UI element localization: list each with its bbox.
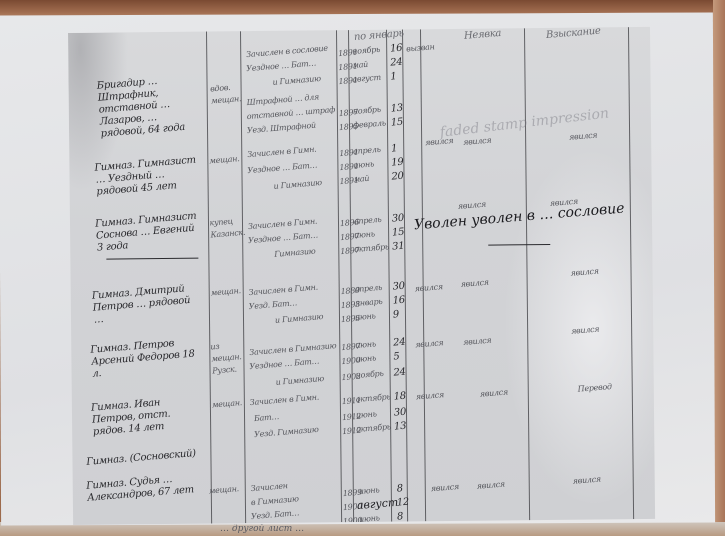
row-4-edu-1: Зачислен в Гимн.: [248, 282, 318, 300]
row-5-day-3: 24: [393, 367, 406, 380]
row-2-name: Гимназ. Гимназист … Уездный … рядовой 45…: [94, 154, 203, 198]
row-5-day-1: 24: [393, 337, 406, 350]
row-4-day-1: 30: [392, 281, 405, 294]
row-3-day-3: 31: [392, 241, 405, 254]
row-6-mark-1: явился: [415, 389, 444, 403]
row-4-month-3: июнь: [355, 310, 377, 324]
row-4-edu-2: Уезд. Бат…: [248, 297, 297, 313]
row-2-mark-3: явился: [569, 130, 598, 144]
row-8-name: Гимназ. Судья … Александров, 67 лет: [86, 471, 206, 504]
row-8-status: мещан.: [208, 483, 239, 497]
row-5-mark-3: явился: [571, 324, 600, 338]
row-2-month-1: апрель: [353, 144, 381, 158]
column-rule-education: [336, 30, 342, 522]
row-3-name: Гимназ. Гимназист Соснова … Евгений 3 го…: [95, 210, 204, 254]
row-1-month-1: ноябрь: [352, 44, 381, 58]
row-3-mark-1: явился: [457, 199, 486, 213]
row-3-day-1: 30: [391, 213, 404, 226]
row-8-month-2: август: [356, 495, 399, 514]
row-3-edu-3: Гимназию: [274, 246, 316, 261]
row-5-month-2: июнь: [355, 352, 377, 366]
row-5-month-1: июнь: [355, 338, 377, 352]
row-2-day-1: 1: [391, 143, 398, 155]
register-page: по январь Неявка Взыскание Бригадир … Шт…: [68, 27, 655, 525]
row-1-month-4: ноябрь: [352, 104, 381, 118]
row-8-mark-3: явился: [572, 473, 601, 487]
row-1-edu-1: Зачислен в сословие: [246, 43, 328, 62]
row-2-edu-1: Зачислен в Гимн.: [247, 144, 317, 162]
row-6-status: мещан.: [211, 397, 242, 411]
row-3-month-1: апрель: [354, 214, 382, 228]
row-4-status: мещан.: [210, 285, 241, 299]
row-4-edu-3: и Гимназию: [275, 311, 324, 327]
row-6-day-2: 30: [394, 407, 407, 420]
header-notes-2: Взыскание: [546, 27, 602, 42]
row-4-mark-1: явился: [414, 281, 443, 295]
row-6-mark-2: явился: [479, 386, 508, 400]
row-4-mark-3: явился: [570, 266, 599, 280]
row-8-day-2: 12: [396, 497, 409, 510]
row-2-status: мещан.: [209, 153, 240, 167]
row-5-mark-2: явился: [463, 335, 492, 349]
row-4-month-1: апрель: [354, 282, 382, 296]
row-5-mark-1: явился: [415, 337, 444, 351]
row-8-mark-1: явился: [430, 481, 459, 495]
row-4-day-2: 16: [392, 295, 405, 308]
underlying-sheet-text: … другой лист …: [220, 524, 304, 534]
row-3-status: купец Казанск.: [209, 215, 245, 242]
row-5-edu-1: Зачислен в Гимназию: [249, 340, 337, 359]
row-6-day-1: 18: [393, 391, 406, 404]
row-1-month-5: февраль: [353, 117, 387, 132]
column-rule-days: [402, 29, 408, 521]
row-2-edu-3: и Гимназию: [273, 177, 322, 193]
row-1-day-1: 16: [390, 43, 403, 56]
column-rule-years: [348, 30, 354, 522]
row-1-status: вдов. мещан.: [210, 81, 244, 107]
row-3-month-3: октябрь: [354, 241, 390, 256]
row-4-day-3: 9: [392, 309, 399, 321]
row-8-day-1: 8: [396, 483, 403, 495]
row-1-edu-3: и Гимназию: [272, 73, 321, 89]
row-6-edu-2: Бат…: [254, 411, 280, 425]
row-4-month-2: январь: [354, 296, 383, 310]
row-5-edu-3: и Гимназию: [275, 373, 324, 389]
row-2-edu-2: Уездное … Бат…: [247, 160, 318, 178]
row-5-name: Гимназ. Петров Арсений Федоров 18 л.: [90, 336, 205, 381]
row-8-edu-3: Уезд. Бат…: [251, 507, 300, 523]
row-1-day-2: 24: [390, 57, 403, 70]
row-1-day-4: 13: [390, 103, 403, 116]
header-notes-1: Неявка: [464, 28, 502, 43]
row-5-day-2: 5: [393, 351, 400, 363]
row-7-name: Гимназ. (Сосновский): [86, 448, 196, 469]
row-2-month-3: май: [353, 173, 370, 186]
row-6-name: Гимназ. Иван Петров, отст. рядов. 14 лет: [91, 394, 206, 439]
row-3-day-2: 15: [392, 227, 405, 240]
row-1-mark-1: вызван: [406, 41, 435, 55]
row-1-day-3: 1: [390, 71, 397, 83]
row-8-mark-2: явился: [476, 479, 505, 493]
column-rule-mark1: [420, 29, 426, 521]
row-1-month-3: август: [352, 72, 381, 86]
row-3-underline: [106, 258, 198, 260]
row-8-edu-1: Зачислен: [250, 480, 288, 495]
row-2-month-2: июнь: [353, 158, 375, 172]
row-1-month-2: май: [352, 59, 369, 72]
row-6-month-3: октябрь: [356, 421, 392, 436]
row-6-edu-1: Зачислен в Гимн.: [249, 392, 319, 410]
row-6-month-2: июнь: [356, 408, 378, 422]
row-6-month-1: октябрь: [355, 391, 391, 406]
row-6-day-3: 13: [394, 421, 407, 434]
row-5-month-3: ноябрь: [355, 368, 384, 382]
row-6-edu-3: Уезд. Гимназию: [254, 424, 319, 441]
row-1-day-5: 15: [390, 117, 403, 130]
row-4-name: Гимназ. Дмитрий Петров … рядовой …: [91, 282, 204, 327]
row-8-edu-2: в Гимназию: [250, 493, 299, 509]
header-date: по январь: [354, 28, 405, 44]
row-2-day-2: 19: [391, 157, 404, 170]
row-2-day-3: 20: [391, 171, 404, 184]
row-1-name: Бригадир … Штрафник, отставной … Лазаров…: [96, 73, 200, 141]
row-4-mark-2: явился: [460, 277, 489, 291]
row-3-month-2: июнь: [354, 228, 376, 242]
row-5-status: из мещан. Рузск.: [210, 339, 247, 378]
